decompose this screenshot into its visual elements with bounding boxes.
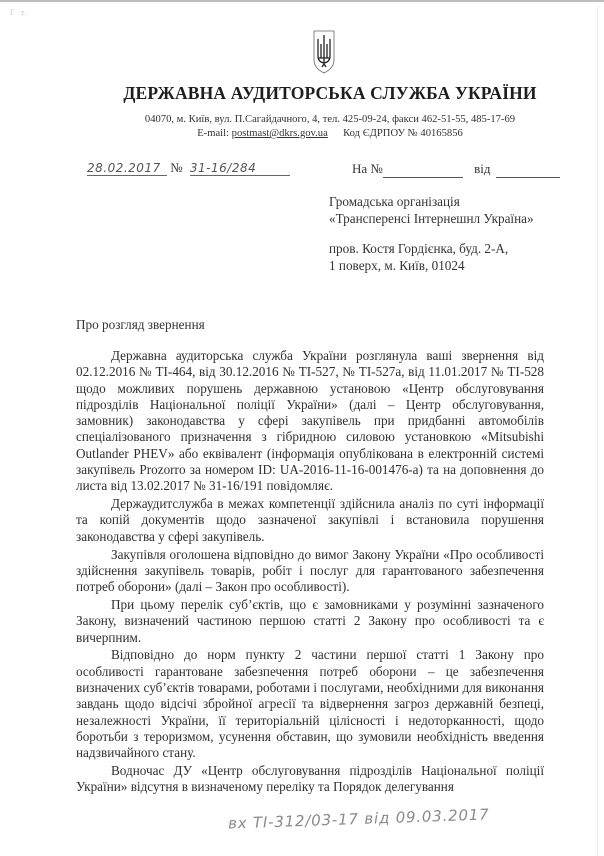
edrpou-code: Код ЄДРПОУ № 40165856 — [343, 128, 463, 139]
outgoing-number: 31-16/284 — [190, 161, 290, 176]
reply-number-blank — [383, 161, 463, 178]
recipient-line-1: Громадська організація — [329, 193, 534, 210]
body-paragraph: Водночас ДУ «Центр обслуговування підроз… — [76, 763, 544, 796]
letter-subject: Про розгляд звернення — [76, 317, 205, 333]
body-paragraph: Державна аудиторська служба України розг… — [76, 348, 544, 495]
reply-number-label: На № — [352, 161, 383, 176]
recipient-line-2: «Трансперенсі Інтернешнл Україна» — [329, 210, 534, 227]
email-label: E-mail: — [197, 128, 229, 139]
handwritten-registration-note: вх ТІ-312/03-17 від 09.03.2017 — [228, 805, 490, 832]
body-paragraph: Відповідно до норм пункту 2 частини перш… — [76, 647, 544, 761]
scan-top-border — [0, 0, 604, 2]
body-paragraph: Держаудитслужба в межах компетенції здій… — [76, 496, 544, 545]
body-paragraph: При цьому перелік суб’єктів, що є замовн… — [76, 597, 544, 646]
number-label: № — [170, 160, 182, 175]
recipient-address-line-1: пров. Костя Гордієнка, буд. 2-А, — [329, 240, 508, 257]
reply-date-blank — [496, 161, 560, 178]
reply-reference: На № від — [352, 161, 560, 178]
recipient-address: пров. Костя Гордієнка, буд. 2-А, 1 повер… — [329, 240, 508, 274]
outgoing-reference: 28.02.2017 № 31-16/284 — [87, 160, 290, 176]
scan-corner-mark: Г т. — [10, 8, 30, 17]
recipient-block: Громадська організація «Трансперенсі Інт… — [329, 193, 534, 227]
outgoing-date: 28.02.2017 — [87, 161, 167, 176]
organization-name: ДЕРЖАВНА АУДИТОРСЬКА СЛУЖБА УКРАЇНИ — [0, 83, 604, 104]
recipient-address-line-2: 1 поверх, м. Київ, 01024 — [329, 257, 508, 274]
body-paragraph: Закупівля оголошена відповідно до вимог … — [76, 547, 544, 596]
reply-from-label: від — [474, 161, 490, 176]
organization-address: 04070, м. Київ, вул. П.Сагайдачного, 4, … — [0, 114, 604, 125]
letter-body: Державна аудиторська служба України розг… — [76, 348, 544, 797]
organization-contact: E-mail: postmast@dkrs.gov.ua Код ЄДРПОУ … — [0, 128, 604, 139]
email-link[interactable]: postmast@dkrs.gov.ua — [232, 128, 328, 139]
tryzub-coat-of-arms-icon — [313, 30, 335, 74]
